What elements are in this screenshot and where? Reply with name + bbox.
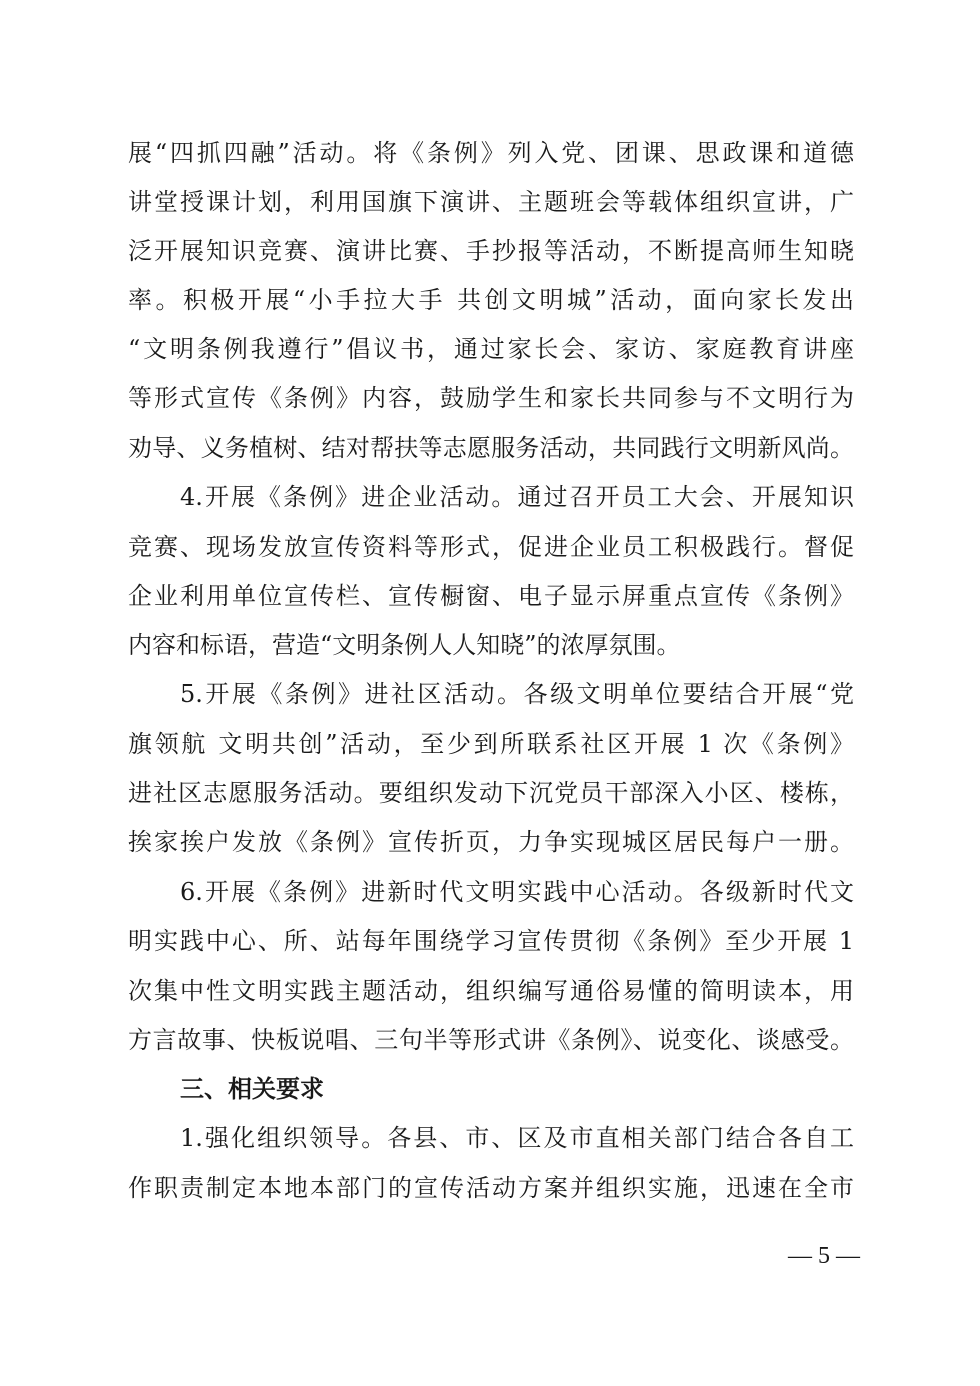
page-number: — 5 —	[770, 1238, 860, 1274]
paragraph-line: 方言故事、快板说唱、三句半等形式讲《条例》、说变化、谈感受。	[128, 1020, 854, 1060]
paragraph-line: 旗领航 文明共创”活动，至少到所联系社区开展 1 次《条例》	[128, 724, 854, 764]
paragraph-line: 企业利用单位宣传栏、宣传橱窗、电子显示屏重点宣传《条例》	[128, 576, 854, 616]
item-1-heading-line: 1.强化组织领导。各县、市、区及市直相关部门结合各自工	[180, 1118, 854, 1158]
item-4-heading-line: 4.开展《条例》进企业活动。通过召开员工大会、开展知识	[180, 477, 854, 517]
paragraph-line: 明实践中心、所、站每年围绕学习宣传贯彻《条例》至少开展 1	[128, 921, 854, 961]
paragraph-line: 竞赛、现场发放宣传资料等形式，促进企业员工积极践行。督促	[128, 527, 854, 567]
document-page: 展“四抓四融”活动。将《条例》列入党、团课、思政课和道德 讲堂授课计划，利用国旗…	[0, 0, 980, 1386]
paragraph-line: 展“四抓四融”活动。将《条例》列入党、团课、思政课和道德	[128, 133, 854, 173]
paragraph-line: “文明条例我遵行”倡议书，通过家长会、家访、家庭教育讲座	[128, 329, 854, 369]
paragraph-line: 率。积极开展“小手拉大手 共创文明城”活动，面向家长发出	[128, 280, 854, 320]
paragraph-line: 作职责制定本地本部门的宣传活动方案并组织实施，迅速在全市	[128, 1168, 854, 1208]
paragraph-line: 次集中性文明实践主题活动，组织编写通俗易懂的简明读本，用	[128, 971, 854, 1011]
paragraph-line: 进社区志愿服务活动。要组织发动下沉党员干部深入小区、楼栋，	[128, 773, 854, 813]
paragraph-line: 挨家挨户发放《条例》宣传折页，力争实现城区居民每户一册。	[128, 822, 854, 862]
paragraph-line: 讲堂授课计划，利用国旗下演讲、主题班会等载体组织宣讲，广	[128, 182, 854, 222]
paragraph-line: 劝导、义务植树、结对帮扶等志愿服务活动，共同践行文明新风尚。	[128, 428, 854, 468]
paragraph-line: 内容和标语，营造“文明条例人人知晓”的浓厚氛围。	[128, 625, 854, 665]
paragraph-line: 泛开展知识竞赛、演讲比赛、手抄报等活动，不断提高师生知晓	[128, 231, 854, 271]
section-heading: 三、相关要求	[180, 1069, 480, 1109]
item-6-heading-line: 6.开展《条例》进新时代文明实践中心活动。各级新时代文	[180, 872, 854, 912]
paragraph-line: 等形式宣传《条例》内容，鼓励学生和家长共同参与不文明行为	[128, 378, 854, 418]
item-5-heading-line: 5.开展《条例》进社区活动。各级文明单位要结合开展“党	[180, 674, 854, 714]
